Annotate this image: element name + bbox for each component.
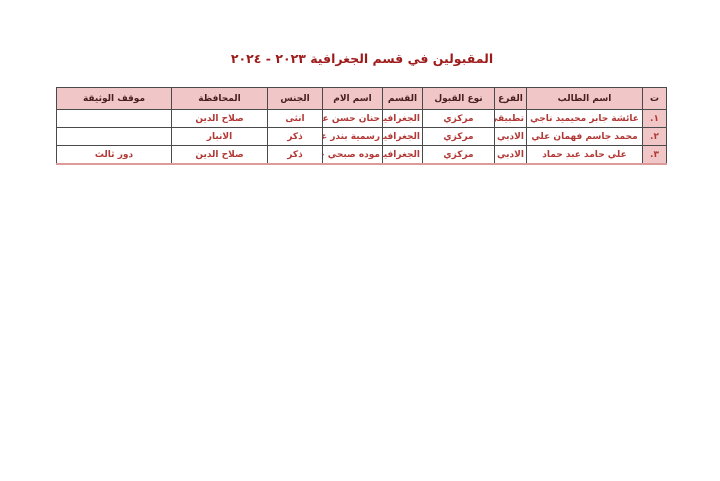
cell-branch: تطبيقي <box>495 110 527 128</box>
cell-admission-type: مركزي <box>423 146 495 165</box>
column-header-student-name: اسم الطالب <box>527 88 643 110</box>
cell-branch: الادبي <box>495 146 527 165</box>
cell-student-name: عائشة جابر محيميد ناجي <box>527 110 643 128</box>
page-title: المقبولين في قسم الجغرافية ٢٠٢٣ - ٢٠٢٤ <box>57 51 667 66</box>
column-header-mother-name: اسم الام <box>323 88 383 110</box>
column-header-admission-type: نوع القبول <box>423 88 495 110</box>
column-header-branch: الفرع <box>495 88 527 110</box>
table-body: ١. عائشة جابر محيميد ناجي تطبيقي مركزي ا… <box>57 110 667 165</box>
column-header-no: ت <box>643 88 667 110</box>
admissions-table: ت اسم الطالب الفرع نوع القبول القسم اسم … <box>56 87 667 165</box>
cell-governorate: صلاح الدين <box>172 110 268 128</box>
cell-gender: ذكر <box>268 146 323 165</box>
cell-no: ١. <box>643 110 667 128</box>
cell-document-status: دور ثالث <box>57 146 172 165</box>
cell-department: الجغرافية <box>383 128 423 146</box>
column-header-gender: الجنس <box>268 88 323 110</box>
document-page: المقبولين في قسم الجغرافية ٢٠٢٣ - ٢٠٢٤ ت… <box>0 0 720 481</box>
table-header: ت اسم الطالب الفرع نوع القبول القسم اسم … <box>57 88 667 110</box>
cell-department: الجغرافية <box>383 146 423 165</box>
cell-governorate: الانبار <box>172 128 268 146</box>
column-header-document-status: موقف الوثيقة <box>57 88 172 110</box>
cell-gender: انثى <box>268 110 323 128</box>
cell-governorate: صلاح الدين <box>172 146 268 165</box>
column-header-department: القسم <box>383 88 423 110</box>
cell-mother-name: حنان حسن علي <box>323 110 383 128</box>
cell-document-status <box>57 128 172 146</box>
cell-mother-name: موده صبحي حماد <box>323 146 383 165</box>
column-header-governorate: المحافظة <box>172 88 268 110</box>
table-row: ٢. محمد جاسم فهمان علي الادبي مركزي الجغ… <box>57 128 667 146</box>
header-row: ت اسم الطالب الفرع نوع القبول القسم اسم … <box>57 88 667 110</box>
table-row: ١. عائشة جابر محيميد ناجي تطبيقي مركزي ا… <box>57 110 667 128</box>
cell-mother-name: رسمية بندر علي <box>323 128 383 146</box>
table-row: ٣. علي حامد عبد حماد الادبي مركزي الجغرا… <box>57 146 667 165</box>
cell-branch: الادبي <box>495 128 527 146</box>
cell-no: ٢. <box>643 128 667 146</box>
cell-student-name: محمد جاسم فهمان علي <box>527 128 643 146</box>
cell-admission-type: مركزي <box>423 128 495 146</box>
cell-department: الجغرافية <box>383 110 423 128</box>
cell-admission-type: مركزي <box>423 110 495 128</box>
cell-document-status <box>57 110 172 128</box>
cell-student-name: علي حامد عبد حماد <box>527 146 643 165</box>
admissions-table-container: ت اسم الطالب الفرع نوع القبول القسم اسم … <box>56 87 667 165</box>
cell-gender: ذكر <box>268 128 323 146</box>
cell-no: ٣. <box>643 146 667 165</box>
